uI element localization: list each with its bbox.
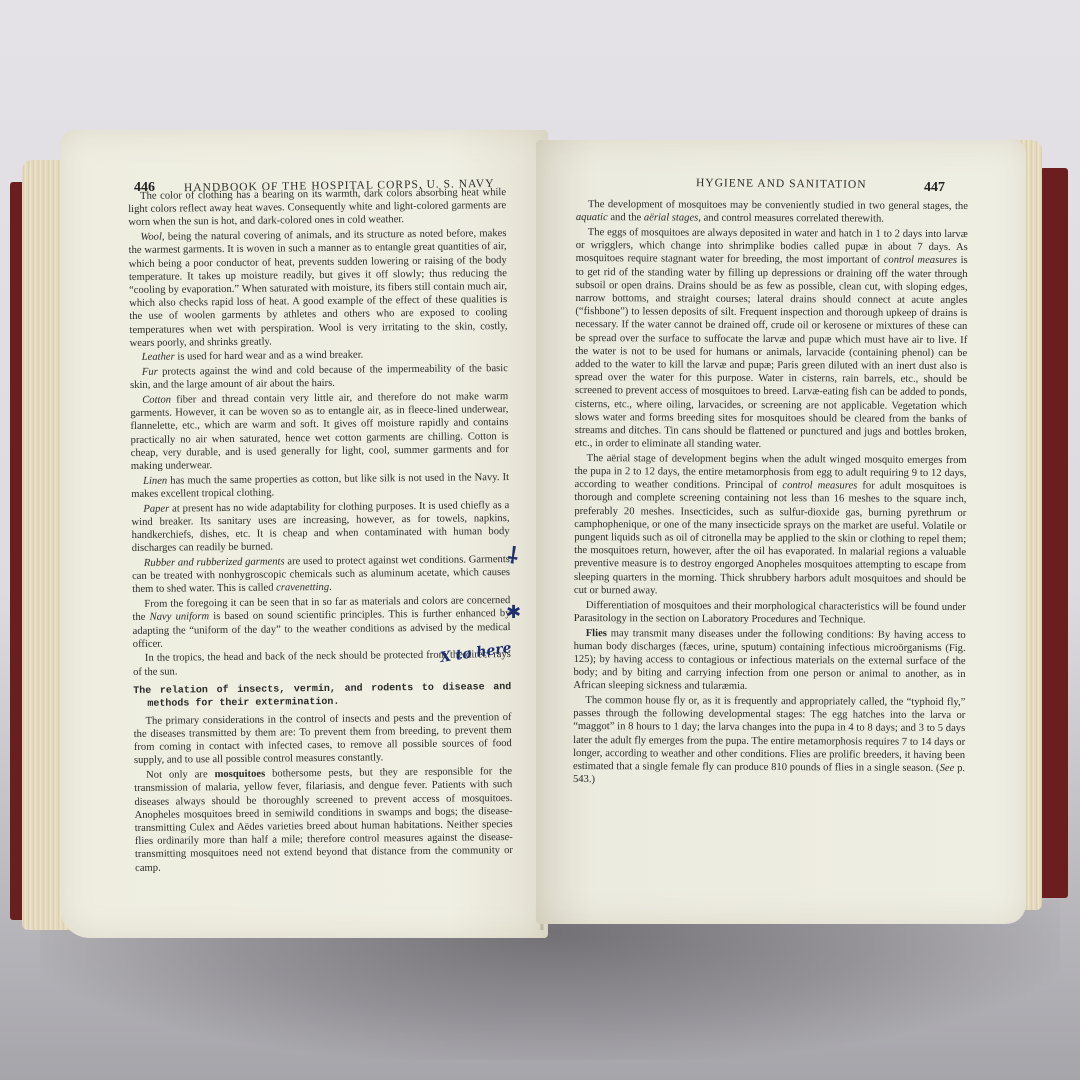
paragraph: From the foregoing it can be seen that i… xyxy=(132,594,511,651)
paragraph: Differentiation of mosquitoes and their … xyxy=(574,599,966,627)
paragraph: Wool, being the natural covering of anim… xyxy=(128,227,507,350)
paragraph: Paper at present has no wide adaptabilit… xyxy=(131,499,510,556)
paragraph: Rubber and rubberized garments are used … xyxy=(132,553,510,597)
right-page-body: The development of mosquitoes may be con… xyxy=(573,198,968,790)
paragraph: Cotton fiber and thread contain very lit… xyxy=(130,390,509,473)
left-page-body: The color of clothing has a bearing on i… xyxy=(128,186,513,876)
paragraph: The common house fly or, as it is freque… xyxy=(573,694,965,788)
running-head: HYGIENE AND SANITATION xyxy=(696,177,867,191)
section-heading: The relation of insects, vermin, and rod… xyxy=(133,681,511,711)
paragraph: Flies may transmit many diseases under t… xyxy=(573,626,965,694)
paragraph: The primary considerations in the contro… xyxy=(133,711,512,768)
paragraph: The aërial stage of development begins w… xyxy=(574,452,967,599)
paragraph: Not only are mosquitoes bothersome pests… xyxy=(134,765,513,875)
page-number: 447 xyxy=(924,180,945,196)
paragraph: The color of clothing has a bearing on i… xyxy=(128,186,506,230)
right-page: HYGIENE AND SANITATION 447 The developme… xyxy=(536,140,1026,924)
left-page: 446 HANDBOOK OF THE HOSPITAL CORPS, U. S… xyxy=(60,130,548,938)
pen-mark-icon: ✱ xyxy=(506,602,521,623)
paragraph: Linen has much the same properties as co… xyxy=(131,471,509,501)
paragraph: The development of mosquitoes may be con… xyxy=(576,198,968,226)
paragraph: The eggs of mosquitoes are always deposi… xyxy=(575,226,968,453)
paragraph: Fur protects against the wind and cold b… xyxy=(130,362,508,392)
book-cover-right xyxy=(1040,168,1068,898)
